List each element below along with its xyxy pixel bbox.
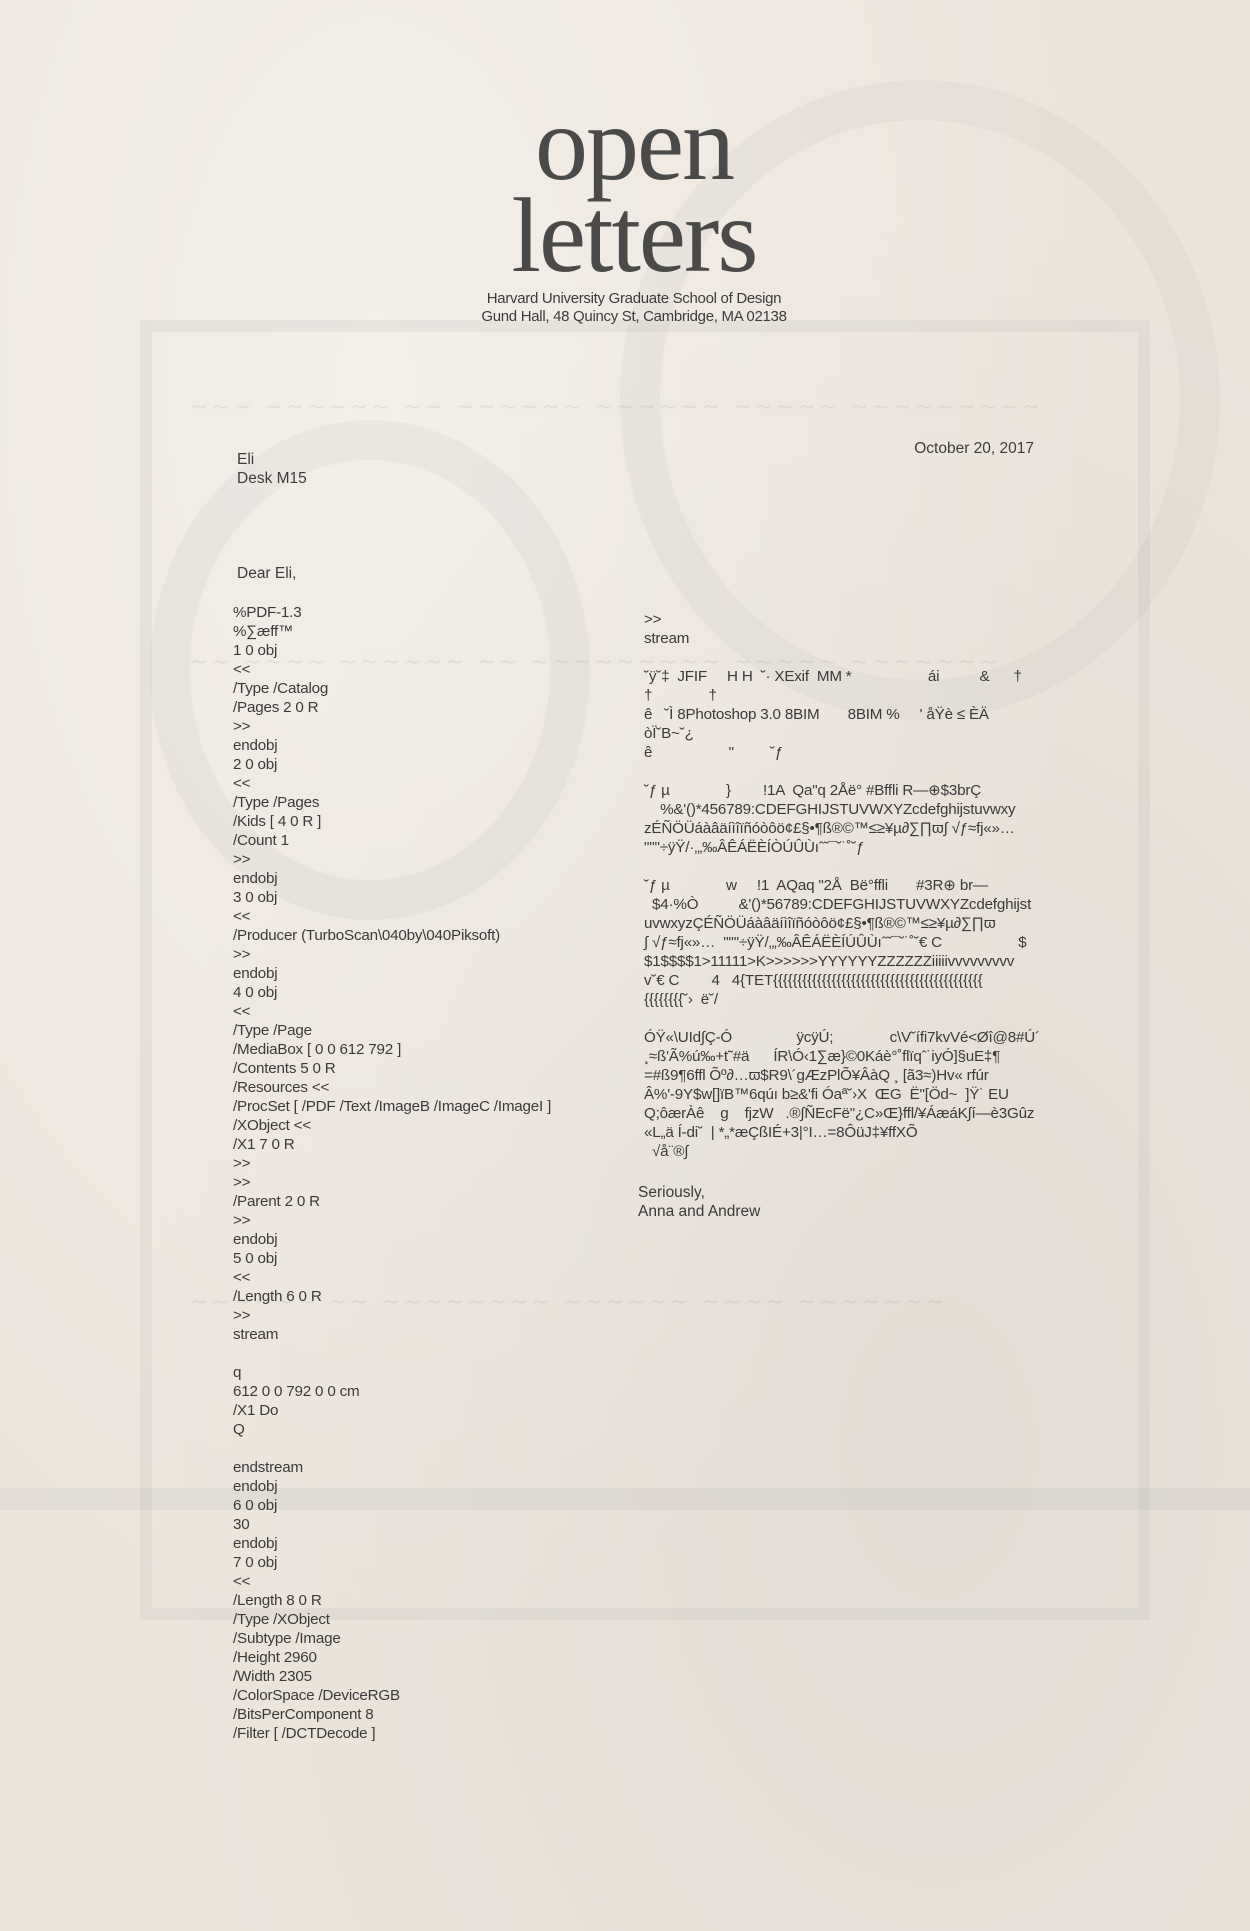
body-line: << xyxy=(233,1002,551,1021)
body-line: stream xyxy=(644,629,1040,648)
body-line: Â%'-9Y$w[]ïB™6qúı b≥&'fi Óaª˘›X ŒG Ë"[Öd… xyxy=(644,1085,1040,1104)
body-line: /X1 7 0 R xyxy=(233,1135,551,1154)
body-line xyxy=(233,1344,551,1363)
body-line: >> xyxy=(233,1173,551,1192)
signature: Anna and Andrew xyxy=(638,1202,760,1221)
body-line: «L„ä Í-di˘ | *„*æÇßIÉ+3|°I…=8ÔüJ‡¥ffXÕ xyxy=(644,1123,1040,1142)
body-line: /Type /Page xyxy=(233,1021,551,1040)
body-line: %PDF-1.3 xyxy=(233,603,551,622)
body-line: >> xyxy=(233,945,551,964)
body-line: /Kids [ 4 0 R ] xyxy=(233,812,551,831)
masthead: open letters Harvard University Graduate… xyxy=(0,98,1250,326)
body-line: endstream xyxy=(233,1458,551,1477)
body-line: ÓŸ«\UId∫Ç-Ó ÿcÿÚ; c\V˘ífi7kvVé<Øî@8#Ú´ xyxy=(644,1028,1040,1047)
body-line: /BitsPerComponent 8 xyxy=(233,1705,551,1724)
body-line: /Parent 2 0 R xyxy=(233,1192,551,1211)
body-line: ""''÷ÿŸ/·‚„‰ÂÊÁËÈÍÒÚÛÙıˆ˜¯˘˙˚˘ƒ xyxy=(644,838,1040,857)
body-line: /MediaBox [ 0 0 612 792 ] xyxy=(233,1040,551,1059)
recipient-block: Eli Desk M15 xyxy=(237,450,307,488)
body-line: $1$$$$1>11111>K>>>>>>YYYYYYZZZZZZiiiiivv… xyxy=(644,952,1040,971)
body-line: òÏ˘B~˘¿ xyxy=(644,724,1040,743)
body-line: uvwxyzÇÉÑÖÜáàâäíìîïñóòôö¢£§•¶ß®©™≤≥¥µ∂∑∏… xyxy=(644,914,1040,933)
body-line: << xyxy=(233,907,551,926)
body-line: endobj xyxy=(233,1477,551,1496)
body-line xyxy=(644,1009,1040,1028)
body-line: /Type /XObject xyxy=(233,1610,551,1629)
body-line: /Type /Pages xyxy=(233,793,551,812)
letter-body-right-column: >>stream˘ÿ˘‡ JFIF H H ˘· XExif MM * ái &… xyxy=(644,610,1040,1161)
body-line: ê ˘Ì 8Photoshop 3.0 8BIM 8BIM % ' åŸè ≤ … xyxy=(644,705,1040,724)
body-line: >> xyxy=(233,1154,551,1173)
body-line: /Contents 5 0 R xyxy=(233,1059,551,1078)
body-line: 3 0 obj xyxy=(233,888,551,907)
body-line: =#ß9¶6ffl Õº∂…ϖ$R9\´gÆzPlÕ¥ÂàQ ¸ [ã3≈)Hv… xyxy=(644,1066,1040,1085)
body-line: /ProcSet [ /PDF /Text /ImageB /ImageC /I… xyxy=(233,1097,551,1116)
show-through-band xyxy=(0,1488,1250,1510)
body-line: 30 xyxy=(233,1515,551,1534)
body-line xyxy=(233,1439,551,1458)
body-line: >> xyxy=(233,1211,551,1230)
body-line: /ColorSpace /DeviceRGB xyxy=(233,1686,551,1705)
body-line: /Subtype /Image xyxy=(233,1629,551,1648)
body-line: q xyxy=(233,1363,551,1382)
body-line: 1 0 obj xyxy=(233,641,551,660)
show-through-handwriting: ~~~ ~~~~~~ ~~ ~~~~~~ ~~~~~~ ~~~~~ ~~~~~~… xyxy=(190,395,1043,420)
body-line: /Pages 2 0 R xyxy=(233,698,551,717)
body-line: $4·%Ò &'()*56789:CDEFGHIJSTUVWXYZcdefghi… xyxy=(644,895,1040,914)
body-line: endobj xyxy=(233,1534,551,1553)
body-line: ∫ √ƒ≈fj«»… ""''÷ÿŸ/‚„‰ÂÊÁËÈÍÚÛÙıˆ˜¯˘˙˚˘€… xyxy=(644,933,1040,952)
body-line: /Resources << xyxy=(233,1078,551,1097)
signoff-block: Seriously, Anna and Andrew xyxy=(638,1183,760,1221)
body-line: 2 0 obj xyxy=(233,755,551,774)
body-line: 6 0 obj xyxy=(233,1496,551,1515)
body-line: %&'()*456789:CDEFGHIJSTUVWXYZcdefghijstu… xyxy=(644,800,1040,819)
signoff: Seriously, xyxy=(638,1183,760,1202)
body-line: /Producer (TurboScan\040by\040Piksoft) xyxy=(233,926,551,945)
body-line: ¸≈ß'Ã%ú‰+t˜#ä ÍR\Ó‹1∑æ}©0Káè°˚flïqˆ˙iyÓ]… xyxy=(644,1047,1040,1066)
body-line xyxy=(644,762,1040,781)
body-line: /Width 2305 xyxy=(233,1667,551,1686)
institution-address: Gund Hall, 48 Quincy St, Cambridge, MA 0… xyxy=(18,308,1250,326)
body-line: /Filter [ /DCTDecode ] xyxy=(233,1724,551,1743)
body-line: v˘€ C 4 4{TET{{{{{{{{{{{{{{{{{{{{{{{{{{{… xyxy=(644,971,1040,990)
body-line: 612 0 0 792 0 0 cm xyxy=(233,1382,551,1401)
body-line: /Count 1 xyxy=(233,831,551,850)
body-line: endobj xyxy=(233,964,551,983)
body-line: << xyxy=(233,1572,551,1591)
greeting: Dear Eli, xyxy=(237,565,296,583)
body-line: /Length 6 0 R xyxy=(233,1287,551,1306)
body-line: /X1 Do xyxy=(233,1401,551,1420)
body-line: 4 0 obj xyxy=(233,983,551,1002)
body-line: << xyxy=(233,1268,551,1287)
body-line: † † xyxy=(644,686,1040,705)
body-line: endobj xyxy=(233,869,551,888)
recipient-name: Eli xyxy=(237,450,307,469)
body-line xyxy=(644,857,1040,876)
body-line: << xyxy=(233,660,551,679)
body-line: /Height 2960 xyxy=(233,1648,551,1667)
body-line: << xyxy=(233,774,551,793)
body-line: >> xyxy=(233,717,551,736)
body-line xyxy=(644,648,1040,667)
body-line: endobj xyxy=(233,736,551,755)
body-line: 7 0 obj xyxy=(233,1553,551,1572)
letter-body-left-column: %PDF-1.3%∑æff™1 0 obj<</Type /Catalog/Pa… xyxy=(233,603,551,1743)
letter-date: October 20, 2017 xyxy=(914,440,1034,458)
body-line: /XObject << xyxy=(233,1116,551,1135)
body-line: zÉÑÖÜáàâäíìîïñóòôö¢£§•¶ß®©™≤≥¥µ∂∑∏ϖ∫ √ƒ≈… xyxy=(644,819,1040,838)
body-line: >> xyxy=(233,1306,551,1325)
body-line: ê " ˘ƒ xyxy=(644,743,1040,762)
body-line: %∑æff™ xyxy=(233,622,551,641)
body-line: >> xyxy=(233,850,551,869)
body-line: Q xyxy=(233,1420,551,1439)
body-line: Q;ôærÀê g fjzW .®∫ÑEcFë"¿C»Œ}ffl/¥ÁæáK∫í… xyxy=(644,1104,1040,1123)
body-line: 5 0 obj xyxy=(233,1249,551,1268)
body-line: /Type /Catalog xyxy=(233,679,551,698)
body-line: {{{{{{{{˘› ë˘/ xyxy=(644,990,1040,1009)
body-line: ˘ƒ µ } !1A Qa"q 2Åë° #Bffli R—⊕$3brÇ xyxy=(644,781,1040,800)
body-line: √å¨®∫ xyxy=(644,1142,1040,1161)
body-line: /Length 8 0 R xyxy=(233,1591,551,1610)
recipient-desk: Desk M15 xyxy=(237,469,307,488)
body-line: endobj xyxy=(233,1230,551,1249)
body-line: ˘ÿ˘‡ JFIF H H ˘· XExif MM * ái & † xyxy=(644,667,1040,686)
body-line: ˘ƒ µ w !1 AQaq "2Å Bë°ffli #3R⊕ br— xyxy=(644,876,1040,895)
masthead-title-line2: letters xyxy=(18,190,1250,282)
body-line: >> xyxy=(644,610,1040,629)
institution-name: Harvard University Graduate School of De… xyxy=(18,290,1250,308)
body-line: stream xyxy=(233,1325,551,1344)
